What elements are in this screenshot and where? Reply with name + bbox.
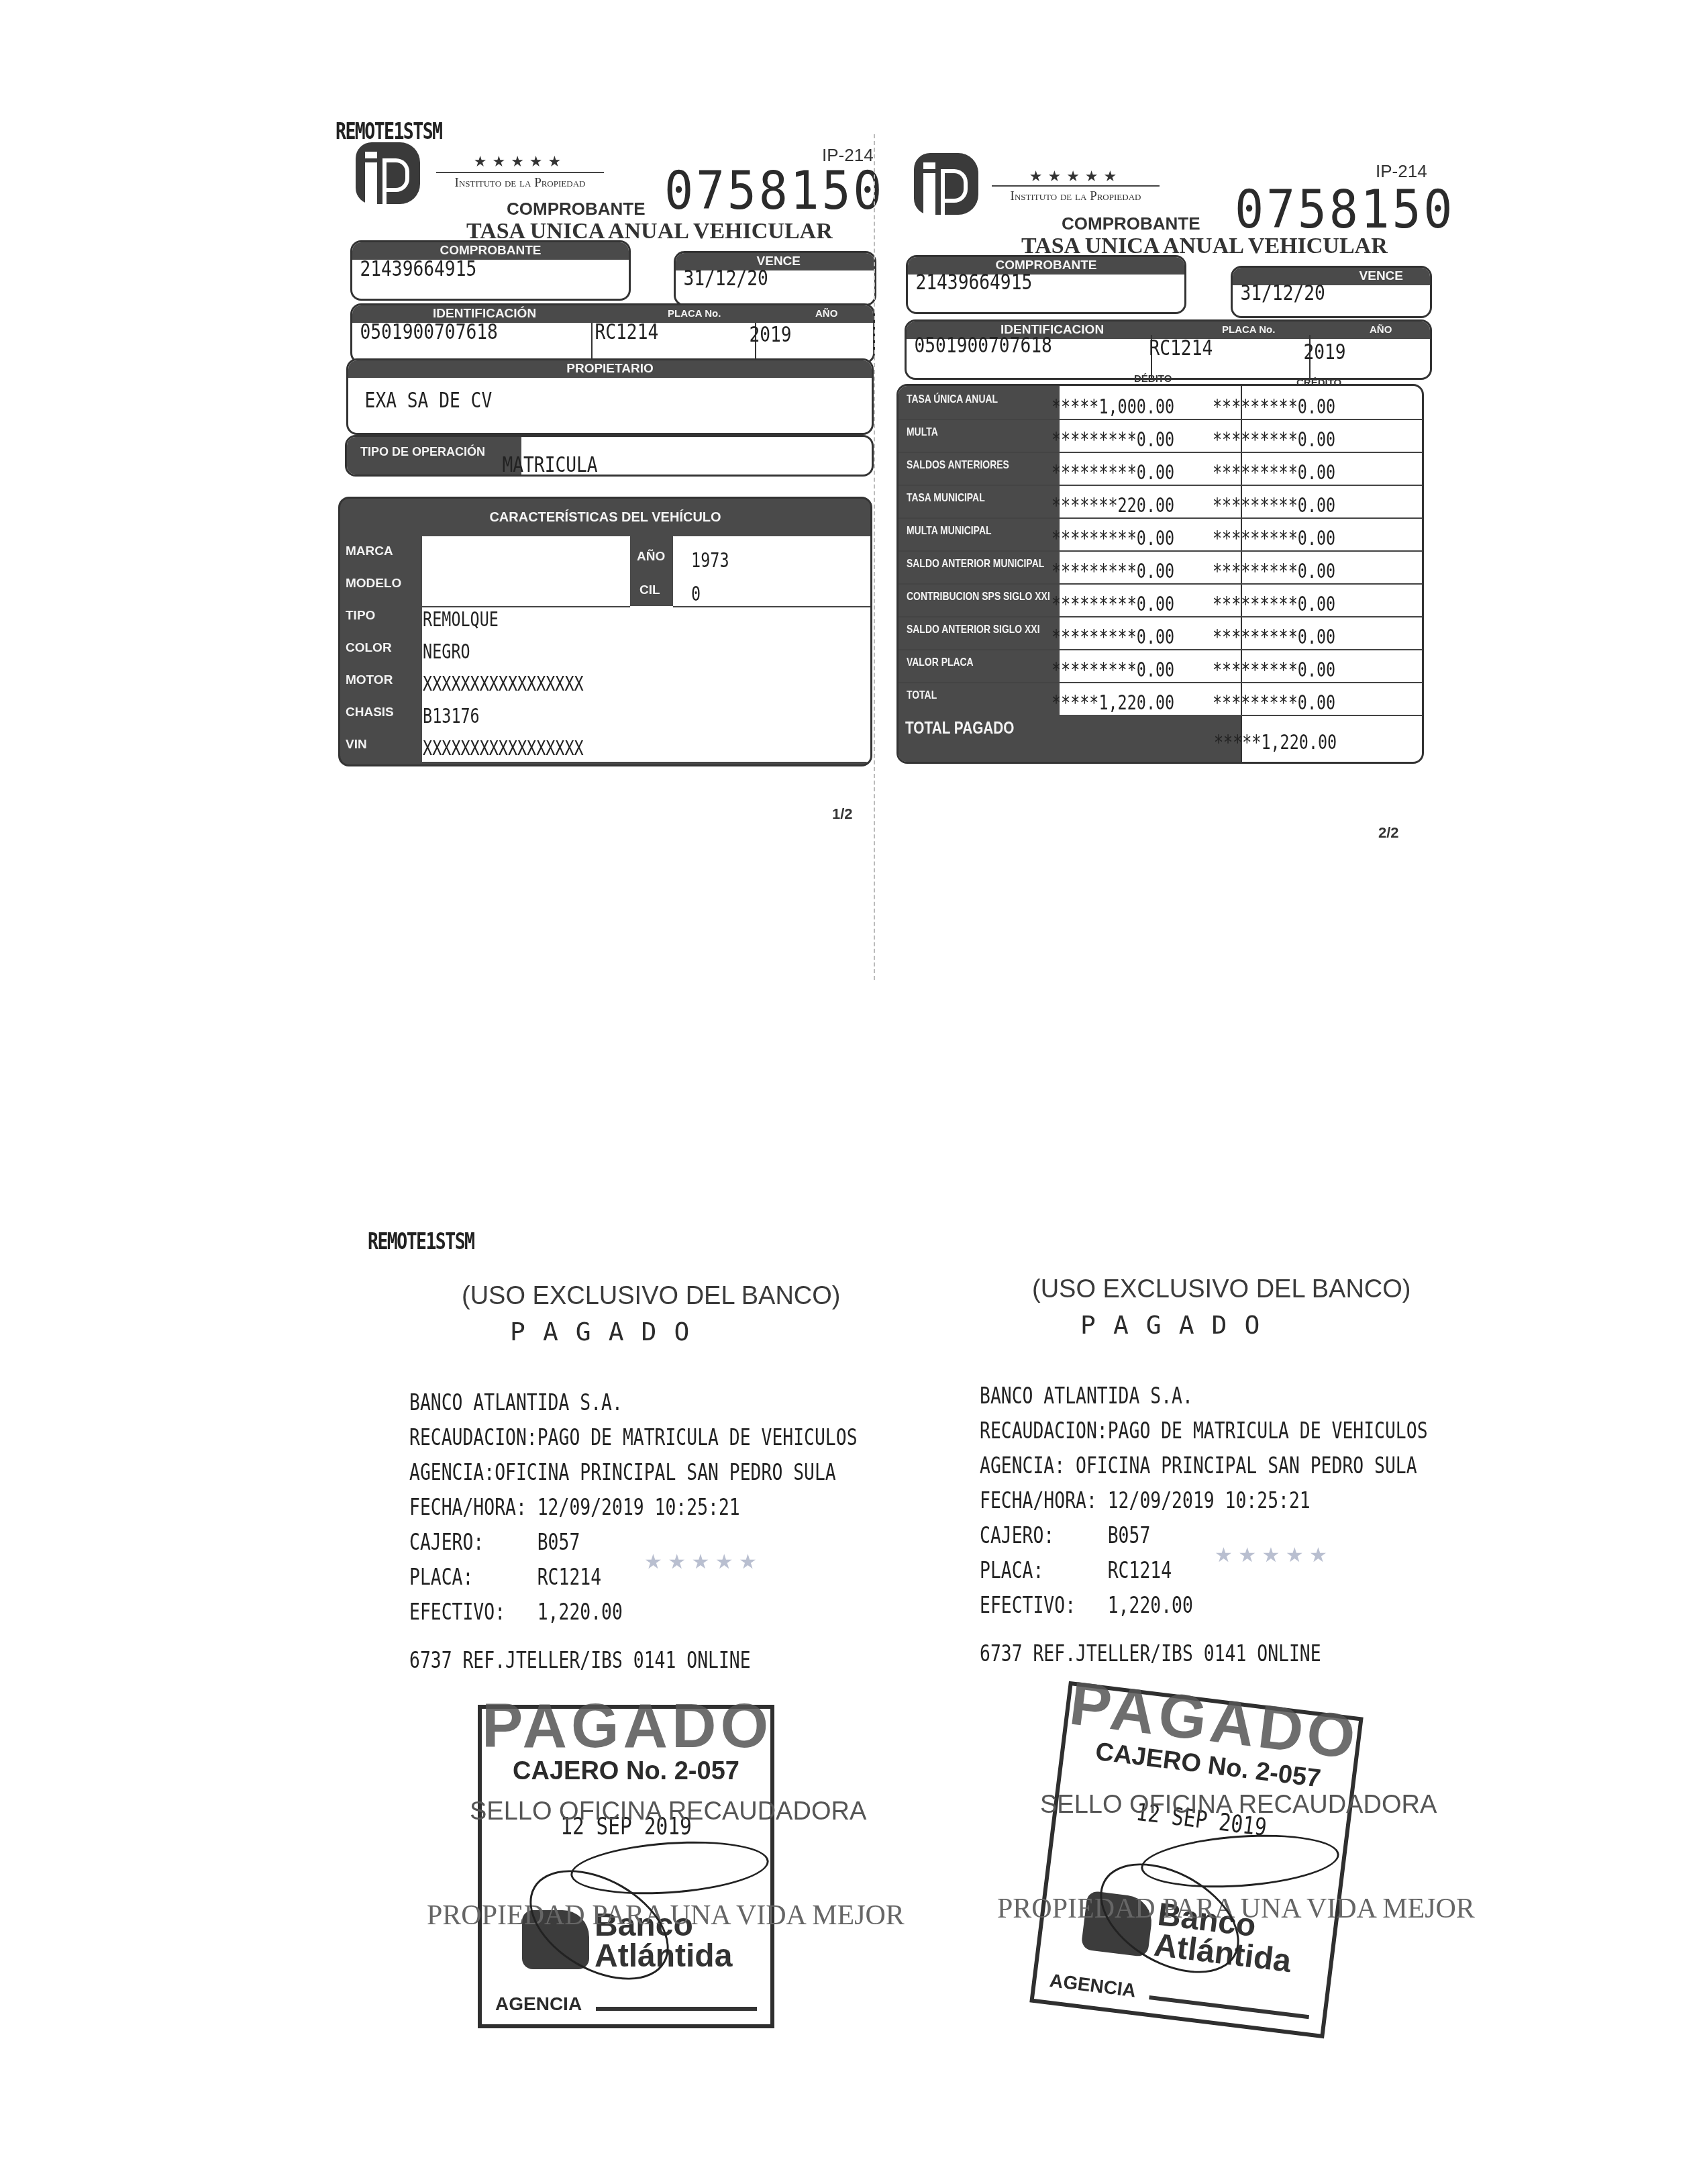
propietario-value: EXA SA DE CV <box>348 387 778 413</box>
stars-icon: ★★★★★ <box>992 168 1160 185</box>
vehicle-cil-label: CIL <box>639 583 660 598</box>
fee-label: SALDO ANTERIOR MUNICIPAL <box>907 550 1044 577</box>
comprobante-field: COMPROBANTE 21439664915 <box>350 240 631 301</box>
bank-use-heading: (USO EXCLUSIVO DEL BANCO) <box>462 1282 841 1311</box>
anio-label: AÑO <box>1370 321 1392 339</box>
anio-value: 2019 <box>741 321 792 347</box>
fee-row: VALOR PLACA*********0.00*********0.00 <box>899 649 1422 683</box>
total-pagado-label: TOTAL PAGADO <box>905 717 1015 738</box>
vehicle-year-value: 1973 <box>689 543 729 579</box>
propietario-field: PROPIETARIO EXA SA DE CV <box>346 358 874 435</box>
motto-text: PROPIEDAD PARA UNA VIDA MEJOR <box>427 1899 905 1932</box>
fee-row: TASA ÚNICA ANUAL*****1,000.00*********0.… <box>899 386 1422 420</box>
stamp-paid-text: PAGADO <box>482 1695 770 1757</box>
paid-label: PAGADO <box>1080 1310 1277 1340</box>
vehicle-year-label: AÑO <box>637 550 665 564</box>
vehicle-row-label: MARCA <box>346 536 393 567</box>
fee-label: TASA ÚNICA ANUAL <box>907 386 998 413</box>
remote-stamp-text: REMOTE1STSM <box>336 118 442 145</box>
fee-label: MULTA <box>907 419 938 446</box>
fee-label: TASA MUNICIPAL <box>907 485 985 511</box>
watermark-stars-icon: ★ ★ ★ ★ ★ <box>644 1550 757 1574</box>
fee-row: SALDO ANTERIOR MUNICIPAL*********0.00***… <box>899 550 1422 585</box>
anio-label: AÑO <box>815 305 837 323</box>
serial-number: 0758150 <box>1235 180 1455 240</box>
watermark-stars-icon: ★ ★ ★ ★ ★ <box>1215 1544 1327 1567</box>
stamp-cajero: CAJERO No. 2-057 <box>482 1757 770 1786</box>
collecting-office-seal-text: SELLO OFICINA RECAUDADORA <box>1040 1791 1437 1820</box>
fees-table: TASA ÚNICA ANUAL*****1,000.00*********0.… <box>896 384 1424 764</box>
comprobante-heading: COMPROBANTE <box>507 199 646 219</box>
page-number-1: 1/2 <box>832 805 853 823</box>
fee-row: SALDO ANTERIOR SIGLO XXI*********0.00***… <box>899 616 1422 650</box>
collecting-office-seal-text: SELLO OFICINA RECAUDADORA <box>470 1797 866 1826</box>
fee-label: CONTRIBUCION SPS SIGLO XXI <box>907 583 1050 610</box>
fee-label: SALDO ANTERIOR SIGLO XXI <box>907 616 1040 643</box>
bank-remote-stamp-text: REMOTE1STSM <box>368 1228 474 1255</box>
vehicle-cil-value: 0 <box>689 577 701 613</box>
fee-row: TOTAL*****1,220.00*********0.00 <box>899 682 1422 716</box>
vehicle-row-label: TIPO <box>346 601 375 632</box>
propietario-label: PROPIETARIO <box>348 360 872 378</box>
vence-value: 31/12/20 <box>676 265 839 291</box>
institution-name: Instituto de la Propiedad <box>992 185 1160 204</box>
fee-label: VALOR PLACA <box>907 649 974 676</box>
placa-value: RC1214 <box>1141 335 1213 360</box>
vehicle-row-label: CHASIS <box>346 697 394 728</box>
tipo-operacion-value: MATRICULA <box>495 452 598 477</box>
total-pagado-value: *****1,220.00 <box>1214 722 1337 764</box>
vehicle-row-color: COLORNEGRO <box>340 633 870 666</box>
receipt-lines: BANCO ATLANTIDA S.A. RECAUDACION:PAGO DE… <box>409 1385 858 1630</box>
placa-value: RC1214 <box>587 319 658 344</box>
vehicle-row-label: MOTOR <box>346 665 393 696</box>
id-placa-year-field: IDENTIFICACIÓN PLACA No. AÑO 05019007076… <box>350 303 875 364</box>
fee-row: MULTA*********0.00*********0.00 <box>899 419 1422 453</box>
vehicle-row-label: MODELO <box>346 568 401 599</box>
serial-number: 0758150 <box>664 161 884 221</box>
identificacion-value: 0501900707618 <box>907 332 1052 358</box>
stars-icon: ★★★★★ <box>436 153 604 170</box>
fee-label: SALDOS ANTERIORES <box>907 452 1009 479</box>
comprobante-value: 21439664915 <box>908 269 1135 295</box>
ip-logo-icon <box>914 153 978 215</box>
vehicle-row-label: COLOR <box>346 633 392 664</box>
comprobante-heading: COMPROBANTE <box>1062 213 1200 234</box>
vence-field: VENCE 31/12/20 <box>674 251 876 306</box>
tipo-operacion-label: TIPO DE OPERACIÓN <box>360 445 485 459</box>
form-code: IP-214 <box>1376 161 1427 182</box>
debito-column-header: DÉBITO <box>1134 373 1172 385</box>
fee-label: MULTA MUNICIPAL <box>907 517 991 544</box>
vehicle-row-vin: VINXXXXXXXXXXXXXXXXX <box>340 730 870 763</box>
reference-line: 6737 REF.JTELLER/IBS 0141 ONLINE <box>980 1636 1321 1671</box>
ip-logo-icon <box>356 142 420 204</box>
motto-text: PROPIEDAD PARA UNA VIDA MEJOR <box>997 1893 1475 1925</box>
fee-label: TOTAL <box>907 682 937 709</box>
vehicle-row-value: XXXXXXXXXXXXXXXXX <box>421 731 584 766</box>
stamp-agencia: AGENCIA <box>1049 1970 1137 2001</box>
fold-line <box>874 134 875 980</box>
identificacion-value: 0501900707618 <box>352 319 498 344</box>
comprobante-field: COMPROBANTE 21439664915 <box>906 255 1186 314</box>
page-number-2: 2/2 <box>1378 824 1399 842</box>
fee-row: MULTA MUNICIPAL*********0.00*********0.0… <box>899 517 1422 552</box>
anio-value: 2019 <box>1296 339 1346 364</box>
placa-label: PLACA No. <box>1222 321 1275 339</box>
paid-label: PAGADO <box>510 1317 707 1346</box>
vehicle-section-title: CARACTERÍSTICAS DEL VEHÍCULO <box>340 499 870 536</box>
stamp-agencia: AGENCIA <box>495 1993 582 2015</box>
receipt-lines: BANCO ATLANTIDA S.A. RECAUDACION:PAGO DE… <box>980 1379 1428 1623</box>
vehicle-row-label: VIN <box>346 730 367 760</box>
tipo-operacion-field: TIPO DE OPERACIÓN MATRICULA <box>345 435 874 477</box>
vehicle-row-motor: MOTORXXXXXXXXXXXXXXXXX <box>340 665 870 699</box>
bank-use-heading: (USO EXCLUSIVO DEL BANCO) <box>1032 1275 1411 1304</box>
institution-name: Instituto de la Propiedad <box>436 172 604 191</box>
placa-label: PLACA No. <box>668 305 721 323</box>
vehicle-row-chasis: CHASISB13176 <box>340 697 870 731</box>
fee-row: CONTRIBUCION SPS SIGLO XXI*********0.00*… <box>899 583 1422 617</box>
reference-line: 6737 REF.JTELLER/IBS 0141 ONLINE <box>409 1643 751 1678</box>
vence-field: VENCE 31/12/20 <box>1231 266 1432 318</box>
fee-row: SALDOS ANTERIORES*********0.00*********0… <box>899 452 1422 486</box>
vehicle-characteristics: CARACTERÍSTICAS DEL VEHÍCULO MARCABERTOL… <box>338 497 872 766</box>
id-placa-year-field: IDENTIFICACION PLACA No. AÑO 05019007076… <box>905 319 1432 380</box>
vence-value: 31/12/20 <box>1233 280 1394 305</box>
comprobante-value: 21439664915 <box>352 256 579 281</box>
fee-row: TASA MUNICIPAL*******220.00*********0.00 <box>899 485 1422 519</box>
